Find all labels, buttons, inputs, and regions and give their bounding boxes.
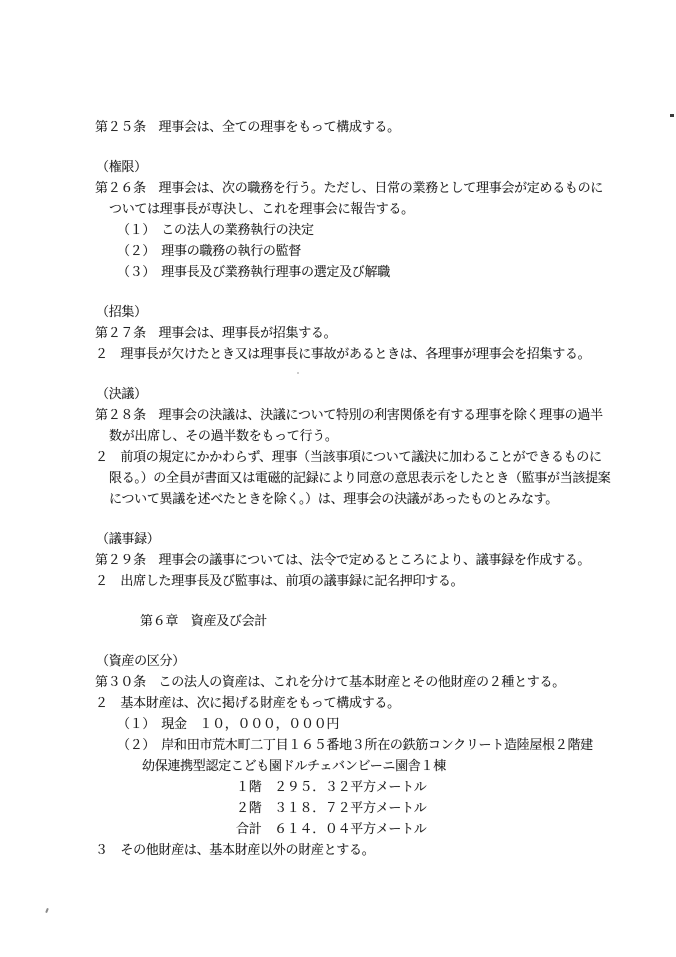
document-line: （権限） xyxy=(95,156,661,177)
document-line: 数が出席し、その過半数をもって行う。 xyxy=(95,425,661,446)
scan-artifact-speck xyxy=(45,908,49,913)
document-line: 第２９条 理事会の議事については、法令で定めるところにより、議事録を作成する。 xyxy=(95,549,661,570)
document-line: ２ 理事長が欠けたとき又は理事長に事故があるときは、各理事が理事会を招集する。 xyxy=(95,343,661,364)
document-line: ３ その他財産は、基本財産以外の財産とする。 xyxy=(95,839,661,860)
document-line: 合計 ６１４．０４平方メートル xyxy=(95,818,661,839)
document-line: 第３０条 この法人の資産は、これを分けて基本財産とその他財産の２種とする。 xyxy=(95,671,661,692)
document-line: ついては理事長が専決し、これを理事会に報告する。 xyxy=(95,198,661,219)
document-line: （１） この法人の業務執行の決定 xyxy=(95,219,661,240)
document-line: （２） 岸和田市荒木町二丁目１６５番地３所在の鉄筋コンクリート造陸屋根２階建 xyxy=(95,734,661,755)
scanned-document-page: 第２５条 理事会は、全ての理事をもって構成する。（権限）第２６条 理事会は、次の… xyxy=(0,0,676,957)
document-body: 第２５条 理事会は、全ての理事をもって構成する。（権限）第２６条 理事会は、次の… xyxy=(95,116,661,860)
document-line: 第２５条 理事会は、全ての理事をもって構成する。 xyxy=(95,116,661,137)
document-line: （議事録） xyxy=(95,528,661,549)
document-line: （２） 理事の職務の執行の監督 xyxy=(95,240,661,261)
document-line: （１） 現金 １０，０００，０００円 xyxy=(95,713,661,734)
scan-artifact-speck xyxy=(297,372,299,374)
scan-artifact-speck xyxy=(670,114,674,117)
document-line: １階 ２９５．３２平方メートル xyxy=(95,776,661,797)
document-line: ２ 基本財産は、次に掲げる財産をもって構成する。 xyxy=(95,692,661,713)
document-line: ２階 ３１８．７２平方メートル xyxy=(95,797,661,818)
document-line: 第２８条 理事会の決議は、決議について特別の利害関係を有する理事を除く理事の過半 xyxy=(95,404,661,425)
document-line: 幼保連携型認定こども園ドルチェバンビーニ園舎１棟 xyxy=(95,755,661,776)
document-line: 第６章 資産及び会計 xyxy=(95,610,661,631)
document-line: （招集） xyxy=(95,301,661,322)
document-line: （決議） xyxy=(95,383,661,404)
document-line: ２ 前項の規定にかかわらず、理事（当該事項について議決に加わることができるものに xyxy=(95,446,661,467)
document-line: 限る。）の全員が書面又は電磁的記録により同意の意思表示をしたとき（監事が当該提案 xyxy=(95,467,661,488)
document-line: ２ 出席した理事長及び監事は、前項の議事録に記名押印する。 xyxy=(95,570,661,591)
document-line: 第２７条 理事会は、理事長が招集する。 xyxy=(95,322,661,343)
document-line: について異議を述べたときを除く。）は、理事会の決議があったものとみなす。 xyxy=(95,488,661,509)
document-line: （３） 理事長及び業務執行理事の選定及び解職 xyxy=(95,261,661,282)
document-line: 第２６条 理事会は、次の職務を行う。ただし、日常の業務として理事会が定めるものに xyxy=(95,177,661,198)
document-line: （資産の区分） xyxy=(95,650,661,671)
